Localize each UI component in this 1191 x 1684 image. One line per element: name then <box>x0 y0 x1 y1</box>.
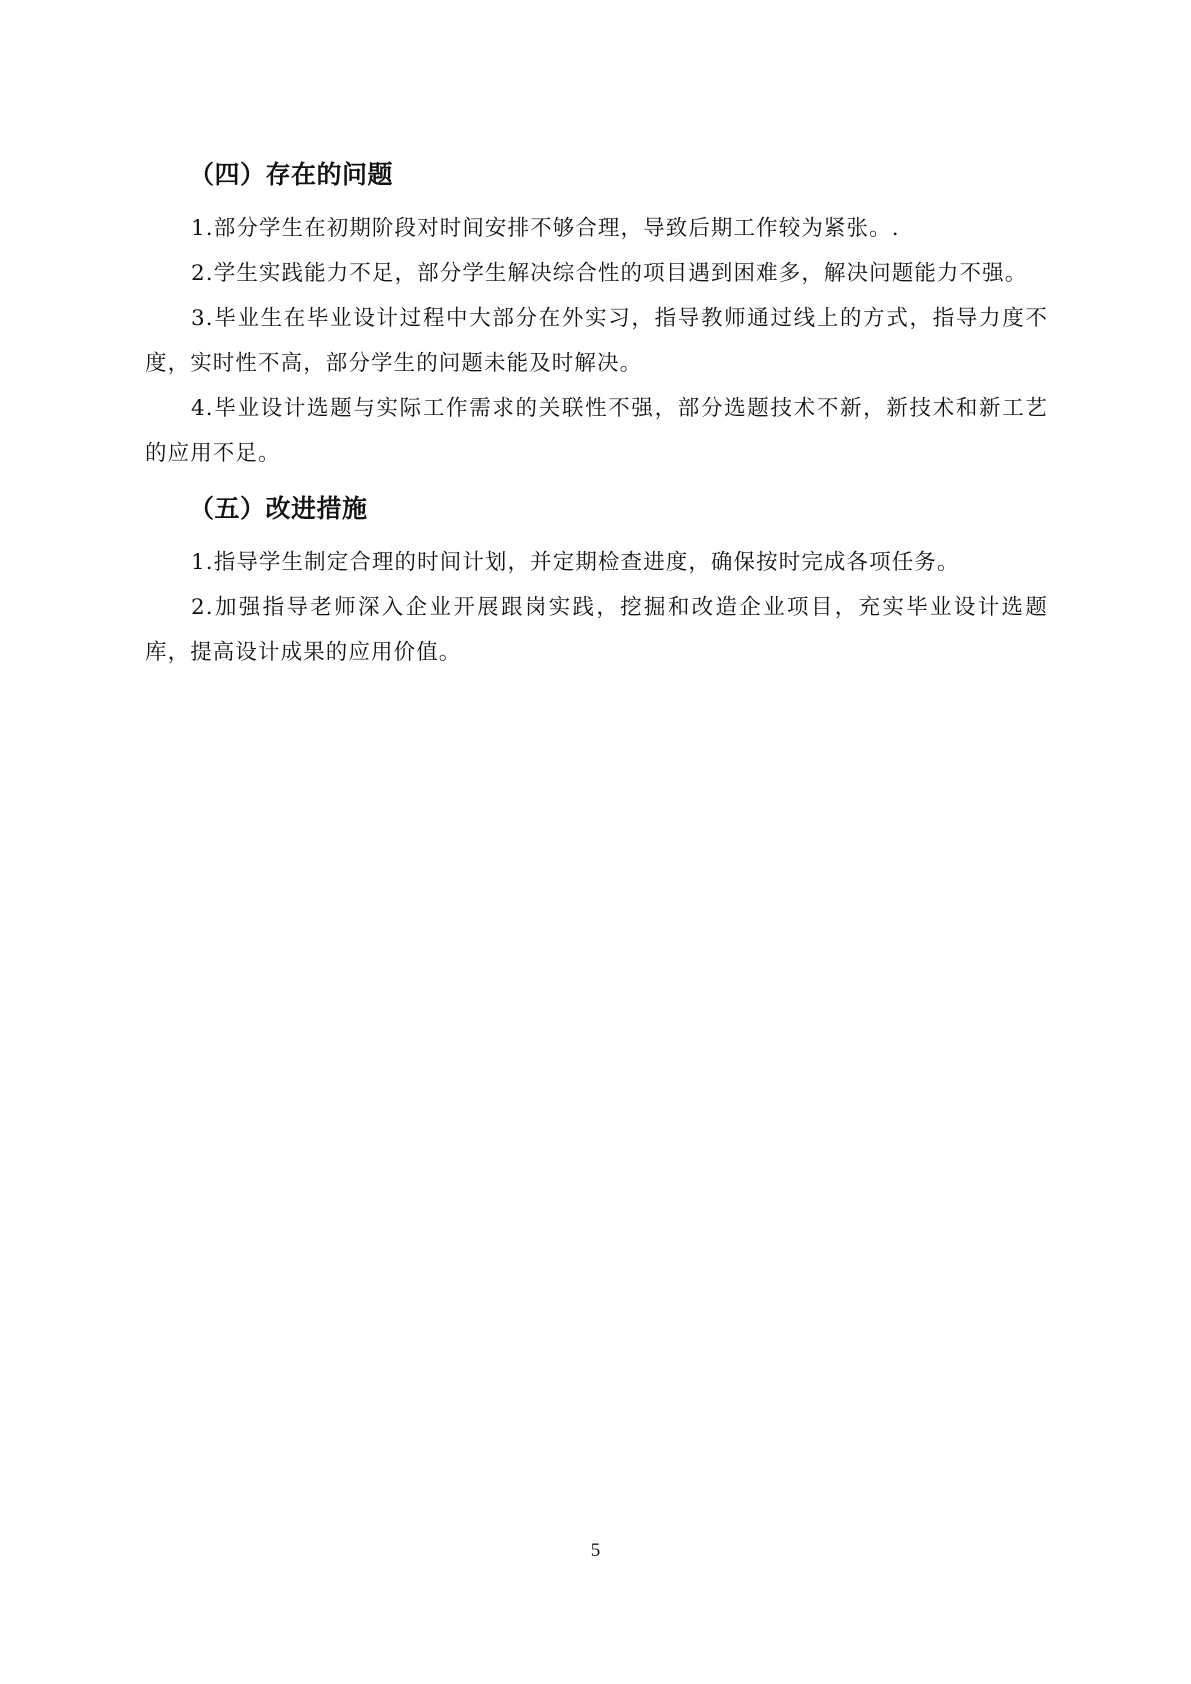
section-heading: （五）改进措施 <box>145 491 1048 527</box>
paragraph-problem-2: 2.学生实践能力不足，部分学生解决综合性的项目遇到困难多，解决问题能力不强。 <box>145 251 1048 296</box>
page-content: （四）存在的问题 1.部分学生在初期阶段对时间安排不够合理，导致后期工作较为紧张… <box>145 157 1048 675</box>
section-existing-problems: （四）存在的问题 1.部分学生在初期阶段对时间安排不够合理，导致后期工作较为紧张… <box>145 157 1048 476</box>
section-heading: （四）存在的问题 <box>145 157 1048 193</box>
paragraph-problem-4: 4.毕业设计选题与实际工作需求的关联性不强，部分选题技术不新，新技术和新工艺的应… <box>145 386 1048 476</box>
paragraph-measure-1: 1.指导学生制定合理的时间计划，并定期检查进度，确保按时完成各项任务。 <box>145 540 1048 585</box>
paragraph-problem-3: 3.毕业生在毕业设计过程中大部分在外实习，指导教师通过线上的方式，指导力度不度，… <box>145 296 1048 386</box>
paragraph-measure-2: 2.加强指导老师深入企业开展跟岗实践，挖掘和改造企业项目，充实毕业设计选题库，提… <box>145 585 1048 675</box>
page-number: 5 <box>0 1540 1191 1562</box>
section-improvement-measures: （五）改进措施 1.指导学生制定合理的时间计划，并定期检查进度，确保按时完成各项… <box>145 491 1048 675</box>
paragraph-problem-1: 1.部分学生在初期阶段对时间安排不够合理，导致后期工作较为紧张。. <box>145 206 1048 251</box>
document-page: （四）存在的问题 1.部分学生在初期阶段对时间安排不够合理，导致后期工作较为紧张… <box>0 0 1191 1684</box>
